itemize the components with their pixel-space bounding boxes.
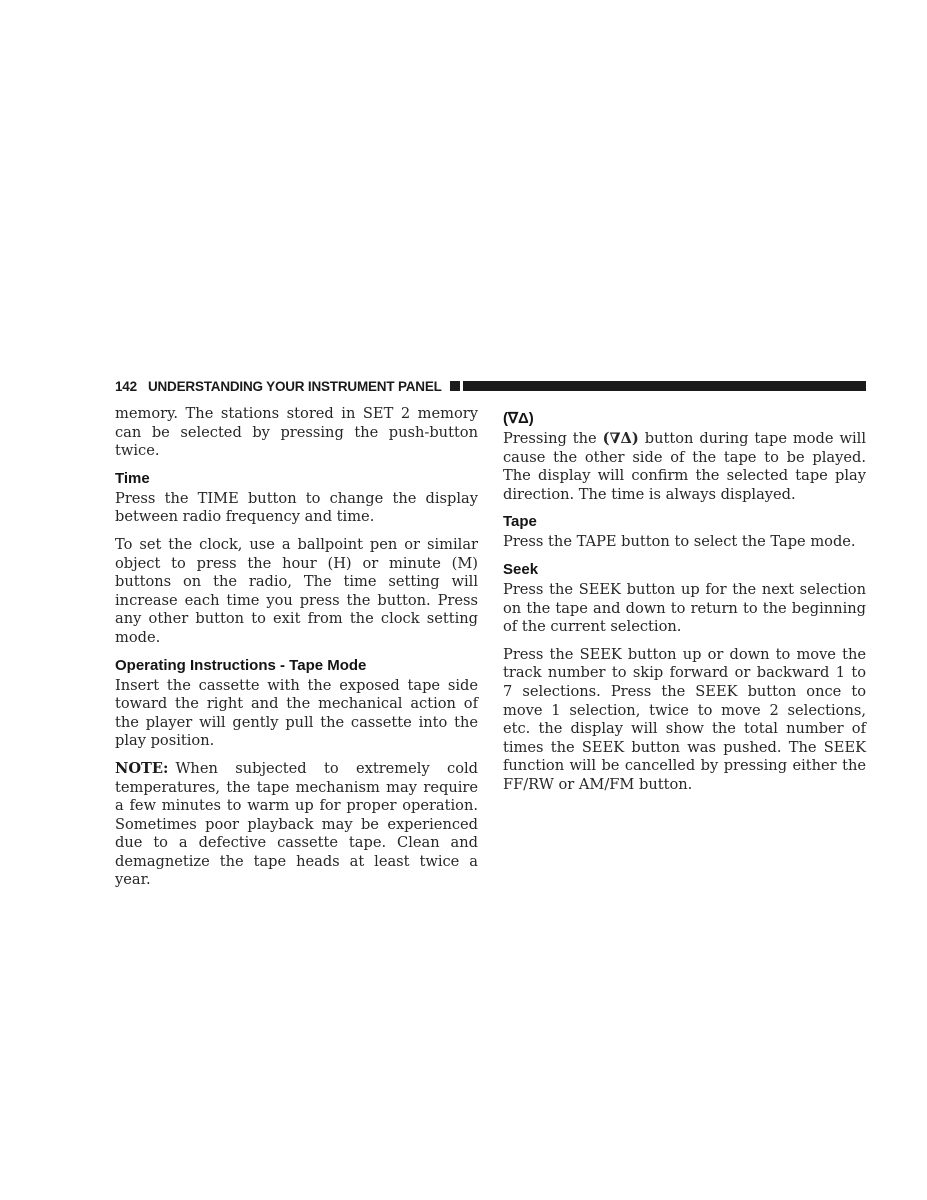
section-heading-direction-symbol: (∇Δ) (503, 410, 866, 428)
left-column: memory. The stations stored in SET 2 mem… (115, 405, 478, 899)
note-paragraph: NOTE:When subjected to extremely cold te… (115, 760, 478, 890)
section-heading-seek: Seek (503, 561, 866, 579)
note-text: When subjected to extremely cold tempera… (115, 760, 478, 889)
section-heading-tape-mode: Operating Instructions - Tape Mode (115, 657, 478, 675)
page-number: 142 (115, 379, 137, 394)
running-header: 142 UNDERSTANDING YOUR INSTRUMENT PANEL (115, 378, 866, 394)
paragraph-seek-1: Press the SEEK button up for the next se… (503, 581, 866, 637)
direction-text-prefix: Pressing the (503, 430, 603, 447)
paragraph-memory: memory. The stations stored in SET 2 mem… (115, 405, 478, 461)
header-title: UNDERSTANDING YOUR INSTRUMENT PANEL (148, 379, 442, 394)
paragraph-seek-2: Press the SEEK button up or down to move… (503, 646, 866, 795)
section-heading-time: Time (115, 470, 478, 488)
paragraph-clock-setting: To set the clock, use a ballpoint pen or… (115, 536, 478, 648)
two-column-body: memory. The stations stored in SET 2 mem… (115, 405, 866, 899)
paragraph-time: Press the TIME button to change the disp… (115, 490, 478, 527)
header-rule-notch (450, 381, 460, 391)
right-column: (∇Δ) Pressing the (∇Δ) button during tap… (503, 405, 866, 899)
manual-page: 142 UNDERSTANDING YOUR INSTRUMENT PANEL … (0, 0, 927, 1200)
header-rule (463, 381, 866, 391)
paragraph-direction: Pressing the (∇Δ) button during tape mod… (503, 430, 866, 504)
paragraph-tape: Press the TAPE button to select the Tape… (503, 533, 866, 552)
nabla-delta-symbol: (∇Δ) (603, 430, 639, 447)
note-label: NOTE: (115, 760, 168, 777)
section-heading-tape: Tape (503, 513, 866, 531)
paragraph-insert-cassette: Insert the cassette with the exposed tap… (115, 677, 478, 751)
